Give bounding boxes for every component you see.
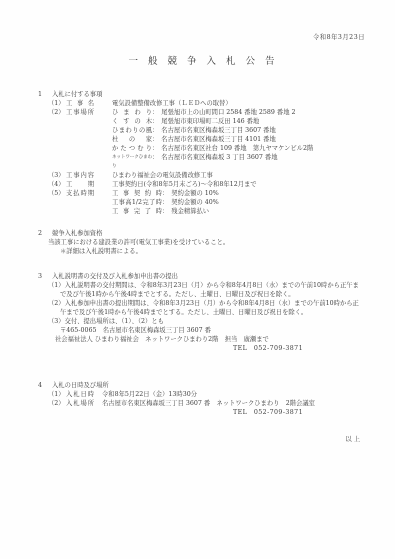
facility-name: ひまわりの風 — [112, 126, 152, 135]
separator-colon: ： — [152, 108, 158, 117]
item-marker: （2） — [48, 108, 66, 117]
facility-name: かたつむり — [112, 144, 152, 153]
payment-stage: 工事契約時 — [112, 189, 162, 198]
section-heading: 4 入札の日時及び場所 — [38, 381, 365, 390]
distribution-period-text: 入札説明書の交付期間は、令和8年3月23日（月）から令和8年4月8日（水）までの… — [60, 282, 359, 298]
item-marker: （3） — [48, 171, 66, 180]
qualification-note: ＊詳細は入札説明書による。 — [60, 247, 365, 256]
separator-colon: ： — [152, 144, 158, 153]
facility-address: 尾張旭市東印場町二反田 146 番地 — [161, 117, 259, 126]
item-label: 工期 — [66, 180, 94, 189]
closing-word: 以上 — [38, 435, 365, 444]
work-location-row: ネットワークひまわり ： 名古屋市名東区梅森坂 3 丁目 3607 番地 — [112, 153, 365, 171]
item-marker: （3） — [48, 318, 65, 325]
payment-term-list: 工事契約時 ： 契約金額の 10% 工事高1/2完了時 ： 契約金額の 40% … — [112, 189, 365, 216]
section-bid-datetime-place: 4 入札の日時及び場所 （1） 入札日時 令和8年5月22日（金）13時30分 … — [38, 381, 365, 417]
section-number: 3 — [38, 272, 52, 281]
item-label: 入札日時 — [66, 390, 94, 399]
separator-colon: ： — [152, 153, 158, 171]
facility-name: くすの木 — [112, 117, 152, 126]
separator-colon: ： — [162, 198, 168, 207]
payment-term-row: 工事高1/2完了時 ： 契約金額の 40% — [112, 198, 365, 207]
work-content-row: （3） 工事内容 ひまわり福祉会の電気設備改修工事 — [48, 171, 365, 180]
facility-address: 尾張旭市上の山町間口 2584 番地 2589 番地 2 — [161, 108, 295, 117]
phone-number: TEL 052-709-3871 — [233, 344, 365, 353]
submission-period-text: 入札参加申出書の提出期間は、令和8年3月23日（月）から令和8年4月8日（水）ま… — [60, 300, 359, 316]
section-heading: 2 競争入札参加資格 — [38, 229, 365, 238]
item-marker: （2） — [48, 399, 66, 408]
notice-document-page: 令和8年3月23日 一般競争入札公告 1 入札に付する事項 （1） 工事名 電気… — [0, 0, 395, 559]
work-period-row: （4） 工期 工事契約日(令和8年5月末ごろ)～令和8年12月まで — [48, 180, 365, 189]
work-locations-row: （2） 工事場所 ひまわり ： 尾張旭市上の山町間口 2584 番地 2589 … — [48, 108, 365, 171]
facility-name: ひまわり — [112, 108, 152, 117]
work-location-row: ひまわりの風 ： 名古屋市名東区梅森坂三丁目 3607 番地 — [112, 126, 365, 135]
distribution-period-item: （1）入札説明書の交付期間は、令和8年3月23日（月）から令和8年4月8日（水）… — [60, 281, 365, 299]
section-documents: 3 入札説明書の交付及び入札参加申出書の提出 （1）入札説明書の交付期間は、令和… — [38, 272, 365, 353]
payment-term-row: 工事契約時 ： 契約金額の 10% — [112, 189, 365, 198]
payment-amount: 契約金額の 10% — [171, 189, 218, 198]
qualification-text: 当該工事における建設業の許可(電気工事業)を受けていること。 — [48, 238, 365, 247]
separator-colon: ： — [152, 126, 158, 135]
postal-address-line: 〒465-0065 名古屋市名東区梅森坂三丁目 3607 番 — [60, 326, 365, 335]
work-content-value: ひまわり福祉会の電気設備改修工事 — [112, 171, 213, 180]
organization-line: 社会福祉法人 ひまわり福祉会 ネットワークひまわり2階 担当 廣瀬まで — [55, 335, 365, 344]
item-label: 工事名 — [66, 99, 94, 108]
item-marker: （5） — [48, 189, 66, 198]
separator-colon: ： — [152, 117, 158, 126]
place-text: 交付、提出場所は、（1）、（2）とも — [65, 318, 164, 325]
phone-number: TEL 052-709-3871 — [233, 408, 365, 417]
item-label: 工事内容 — [66, 171, 94, 180]
bid-place-row: （2） 入札場所 名古屋市名東区梅森坂三丁目 3607 番 ネットワークひまわり… — [48, 399, 365, 408]
section-heading-text: 入札の日時及び場所 — [52, 381, 109, 390]
payment-term-row: 工事完了時 ： 残金精算払い — [112, 207, 365, 216]
place-item: （3）交付、提出場所は、（1）、（2）とも — [60, 317, 365, 326]
document-title: 一般競争入札公告 — [38, 57, 365, 66]
item-label: 入札場所 — [66, 399, 94, 408]
work-location-row: ひまわり ： 尾張旭市上の山町間口 2584 番地 2589 番地 2 — [112, 108, 365, 117]
facility-name: 杜の家 — [112, 135, 152, 144]
separator-colon: ： — [162, 207, 168, 216]
item-label: 工事場所 — [66, 108, 94, 117]
separator-colon: ： — [162, 189, 168, 198]
work-location-row: 杜の家 ： 名古屋市名東区梅森坂三丁目 4101 番地 — [112, 135, 365, 144]
payment-terms-row: （5） 支払時期 工事契約時 ： 契約金額の 10% 工事高1/2完了時 ： 契… — [48, 189, 365, 216]
item-label: 支払時期 — [66, 189, 94, 198]
bid-datetime-value: 令和8年5月22日（金）13時30分 — [102, 390, 197, 399]
payment-stage: 工事高1/2完了時 — [112, 198, 162, 207]
facility-address: 名古屋市名東区梅森坂三丁目 3607 番地 — [161, 126, 275, 135]
section-heading: 1 入札に付する事項 — [38, 90, 365, 99]
work-name-row: （1） 工事名 電気設備整備改修工事（ＬＥＤへの取替） — [48, 99, 365, 108]
facility-name: ネットワークひまわり — [112, 153, 152, 171]
section-heading-text: 競争入札参加資格 — [52, 229, 102, 238]
section-number: 2 — [38, 229, 52, 238]
work-name-value: 電気設備整備改修工事（ＬＥＤへの取替） — [112, 99, 232, 108]
submission-period-item: （2）入札参加申出書の提出期間は、令和8年3月23日（月）から令和8年4月8日（… — [60, 299, 365, 317]
section-heading-text: 入札説明書の交付及び入札参加申出書の提出 — [52, 272, 178, 281]
separator-colon: ： — [152, 135, 158, 144]
document-date: 令和8年3月23日 — [38, 33, 365, 42]
work-location-row: かたつむり ： 名古屋市名東区社台 109 番地 第九ヤマケンビル2階 — [112, 144, 365, 153]
section-number: 1 — [38, 90, 52, 99]
item-marker: （1） — [48, 99, 66, 108]
section-heading-text: 入札に付する事項 — [52, 90, 102, 99]
item-marker: （1） — [48, 390, 66, 399]
item-marker: （2） — [48, 300, 65, 307]
section-qualification: 2 競争入札参加資格 当該工事における建設業の許可(電気工事業)を受けていること… — [38, 229, 365, 256]
section-bid-matters: 1 入札に付する事項 （1） 工事名 電気設備整備改修工事（ＬＥＤへの取替） （… — [38, 90, 365, 216]
facility-address: 名古屋市名東区社台 109 番地 第九ヤマケンビル2階 — [161, 144, 313, 153]
work-location-list: ひまわり ： 尾張旭市上の山町間口 2584 番地 2589 番地 2 くすの木… — [112, 108, 365, 171]
payment-amount: 残金精算払い — [171, 207, 209, 216]
facility-address: 名古屋市名東区梅森坂 3 丁目 3607 番地 — [161, 153, 277, 171]
item-marker: （1） — [48, 282, 65, 289]
work-period-value: 工事契約日(令和8年5月末ごろ)～令和8年12月まで — [112, 180, 257, 189]
facility-address: 名古屋市名東区梅森坂三丁目 4101 番地 — [161, 135, 275, 144]
section-heading: 3 入札説明書の交付及び入札参加申出書の提出 — [38, 272, 365, 281]
section-number: 4 — [38, 381, 52, 390]
work-location-row: くすの木 ： 尾張旭市東印場町二反田 146 番地 — [112, 117, 365, 126]
bid-place-value: 名古屋市名東区梅森坂三丁目 3607 番 ネットワークひまわり 2階会議室 — [102, 399, 315, 408]
payment-stage: 工事完了時 — [112, 207, 162, 216]
item-marker: （4） — [48, 180, 66, 189]
bid-datetime-row: （1） 入札日時 令和8年5月22日（金）13時30分 — [48, 390, 365, 399]
payment-amount: 契約金額の 40% — [171, 198, 218, 207]
